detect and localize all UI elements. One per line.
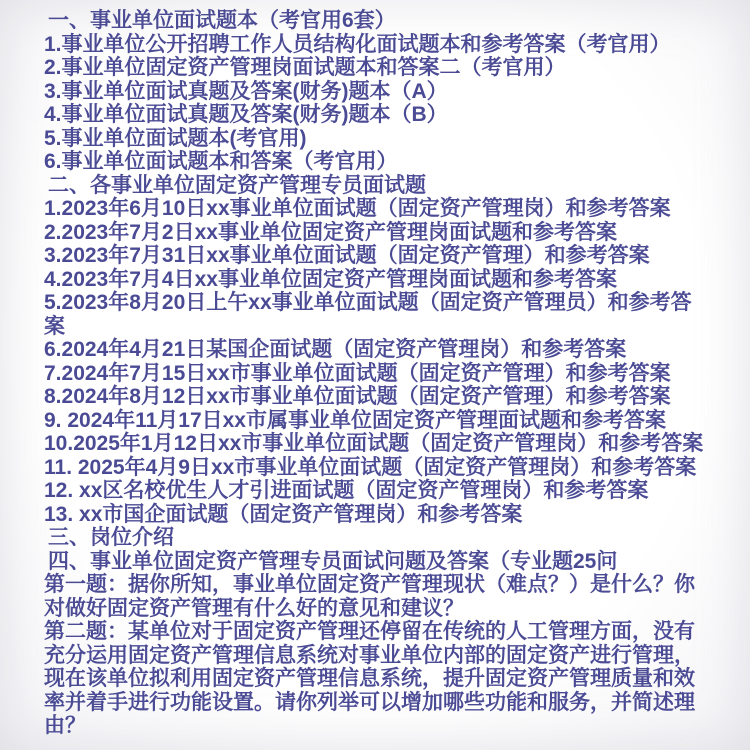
list-item: 11. 2025年4月9日xx市事业单位面试题（固定资产管理岗）和参考答案 [44, 456, 714, 480]
list-item: 4.2023年7月4日xx事业单位固定资产管理岗面试题和参考答案 [44, 268, 714, 292]
list-item: 9. 2024年11月17日xx市属事业单位固定资产管理面试题和参考答案 [44, 409, 714, 433]
question-paragraph: 第一题：据你所知，事业单位固定资产管理现状（难点？）是什么？你 [44, 573, 714, 597]
section-heading: 四、事业单位固定资产管理专员面试问题及答案（专业题25问 [44, 550, 714, 574]
list-item: 4.事业单位面试真题及答案(财务)题本（B） [44, 103, 714, 127]
question-paragraph: 第二题：某单位对于固定资产管理还停留在传统的人工管理方面，没有 [44, 620, 714, 644]
list-item: 8.2024年8月12日xx市事业单位面试题（固定资产管理）和参考答案 [44, 385, 714, 409]
question-continuation: 率并着手进行功能设置。请你列举可以增加哪些功能和服务，并简述理 [44, 691, 714, 715]
question-continuation: 由？ [44, 714, 714, 738]
list-item: 3.2023年7月31日xx事业单位面试题（固定资产管理）和参考答案 [44, 244, 714, 268]
list-item: 6.事业单位面试题本和答案（考官用） [44, 150, 714, 174]
section-heading: 二、各事业单位固定资产管理专员面试题 [44, 174, 714, 198]
list-item-continuation: 案 [44, 315, 714, 339]
document-page: 一、事业单位面试题本（考官用6套） 1.事业单位公开招聘工作人员结构化面试题本和… [0, 0, 750, 750]
list-item: 6.2024年4月21日某国企面试题（固定资产管理岗）和参考答案 [44, 338, 714, 362]
section-heading: 一、事业单位面试题本（考官用6套） [44, 9, 714, 33]
section-heading: 三、岗位介绍 [44, 526, 714, 550]
list-item: 2.事业单位固定资产管理岗面试题本和答案二（考官用） [44, 56, 714, 80]
question-continuation: 对做好固定资产管理有什么好的意见和建议？ [44, 597, 714, 621]
list-item: 12. xx区名校优生人才引进面试题（固定资产管理岗）和参考答案 [44, 479, 714, 503]
list-item: 2.2023年7月2日xx事业单位固定资产管理岗面试题和参考答案 [44, 221, 714, 245]
list-item: 3.事业单位面试真题及答案(财务)题本（A） [44, 80, 714, 104]
list-item: 1.事业单位公开招聘工作人员结构化面试题本和参考答案（考官用） [44, 33, 714, 57]
list-item: 5.2023年8月20日上午xx事业单位面试题（固定资产管理员）和参考答 [44, 291, 714, 315]
list-item: 5.事业单位面试题本(考官用) [44, 127, 714, 151]
question-continuation: 充分运用固定资产管理信息系统对事业单位内部的固定资产进行管理， [44, 644, 714, 668]
list-item: 10.2025年1月12日xx市事业单位面试题（固定资产管理岗）和参考答案 [44, 432, 714, 456]
list-item: 1.2023年6月10日xx事业单位面试题（固定资产管理岗）和参考答案 [44, 197, 714, 221]
list-item: 13. xx市国企面试题（固定资产管理岗）和参考答案 [44, 503, 714, 527]
question-continuation: 现在该单位拟利用固定资产管理信息系统，提升固定资产管理质量和效 [44, 667, 714, 691]
list-item: 7.2024年7月15日xx市事业单位面试题（固定资产管理）和参考答案 [44, 362, 714, 386]
